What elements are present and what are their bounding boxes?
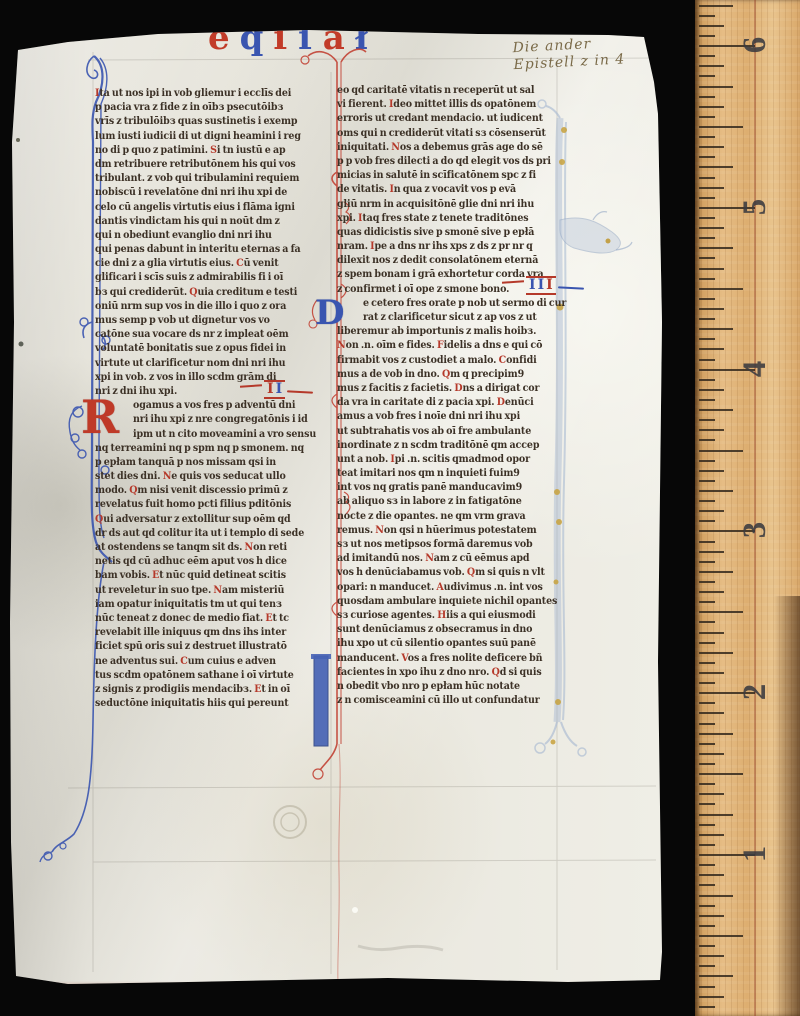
ruler-tick	[699, 96, 715, 98]
text-line: firmabit vos z custodiet a malo. Confidi	[337, 354, 569, 369]
ruler-number: 3	[737, 508, 773, 552]
text-line: nocte z die opantes. ne qm vrm grava	[337, 510, 569, 525]
text-line: z n comisceamini cū illo ut confundatur	[337, 695, 569, 710]
text-line: rat z clarificetur sicut z ap vos z ut	[337, 312, 569, 327]
colored-letter: I	[529, 279, 536, 292]
ruler-tick	[699, 15, 715, 17]
text-line: quosdam ambulare inquiete nichil opantes	[337, 595, 569, 610]
ruler-tick	[699, 571, 733, 573]
ruler-tick	[699, 793, 724, 795]
ruler-tick	[699, 35, 715, 37]
text-line: micias in salutē in scīficatōnem spc z f…	[337, 170, 569, 185]
embossed-stamp	[274, 806, 306, 838]
text-line: ab aliquo sз in labore z in fatigatōne	[337, 496, 569, 511]
text-line: seductōne iniquitatis hiis qui pereunt	[95, 698, 335, 713]
text-line: vrīs z tribulōibз quas sustinetis i exem…	[95, 116, 335, 131]
ruler-tick	[699, 429, 724, 431]
text-line: iniquitati. Nos a debemus grās age do sē	[337, 141, 569, 156]
ruler-tick	[699, 712, 724, 714]
text-line: ipm ut n cito moveamini a vro sensu	[95, 428, 335, 443]
ruler-tick	[699, 409, 733, 411]
ruler-tick	[699, 814, 733, 816]
colored-letter: I	[546, 279, 553, 292]
ruler-tick	[699, 935, 743, 937]
text-line: dantis vindictam his qui n noūt dm z	[95, 215, 335, 230]
text-line: liberemur ab importunis z malis hoibз.	[337, 326, 569, 341]
ruler-tick	[699, 844, 715, 846]
text-line: iam opatur iniquitatis tm ut qui tenз	[95, 598, 335, 613]
ruler-tick	[699, 379, 715, 381]
ruler-tick	[699, 986, 715, 988]
ruler-tick	[699, 500, 715, 502]
text-column-2: eo qd caritatē vitatis n receperūt ut sa…	[337, 85, 569, 709]
ruler-tick	[699, 439, 715, 441]
ruler-tick	[699, 116, 715, 118]
chapter-marker-ii: II	[240, 380, 313, 399]
ruler-tick	[699, 55, 715, 57]
text-line: nobiscū i revelatōne dni nri ihu xpi de	[95, 187, 335, 202]
speck	[19, 342, 24, 347]
ruler-tick	[699, 621, 715, 623]
initial-r-rogamus: R	[81, 394, 119, 440]
ruler-tick	[699, 591, 724, 593]
text-line: ad imitandū nos. Nam z cū eēmus apd	[337, 553, 569, 568]
text-line: nq terreamini nq p spm nq p smonem. nq	[95, 442, 335, 457]
text-line: qui penas dabunt in interitu eternas a f…	[95, 244, 335, 259]
manuscript-leaf: eqſſał Die ander Epistell z in 4	[8, 22, 665, 988]
text-line: bam vobis. Et nūc quid detineat scitis	[95, 570, 335, 585]
chapter-marker-iii: III	[502, 276, 584, 295]
text-line: n obedit vbo nro p epłam hūc notate	[337, 681, 569, 696]
ruler-tick	[699, 561, 715, 563]
text-line: netis qd cū adhuc eēm aput vos h dice	[95, 556, 335, 571]
ruler-tick	[699, 268, 724, 270]
text-line: erroris ut credant mendacio. ut iudicent	[337, 113, 569, 128]
ruler-tick	[699, 884, 715, 886]
text-line: Ita ut nos ipi in vob gliemur i ecclīs d…	[95, 88, 335, 103]
red-flourish	[502, 280, 524, 284]
ruler-tick	[699, 905, 715, 907]
ruler-tick	[699, 480, 715, 482]
ruler-tick	[699, 187, 724, 189]
ruler-tick	[699, 75, 715, 77]
text-line: Qui adversatur z extollitur sup oēm qd	[95, 513, 335, 528]
ruler-tick	[699, 156, 715, 158]
ruler-tick	[699, 177, 715, 179]
text-line: cie dni z a glia virtutis eius. Cū venit	[95, 258, 335, 273]
text-line: dr ds aut qd colitur ita ut i templo di …	[95, 528, 335, 543]
ruler-tick	[699, 895, 733, 897]
ruler-tick	[699, 874, 724, 876]
text-line: ficiet spū oris sui z destruet illustrat…	[95, 641, 335, 656]
ruler-tick	[699, 783, 715, 785]
text-line: eo qd caritatē vitatis n receperūt ut sa…	[337, 85, 569, 100]
ruler-tick	[699, 1006, 715, 1008]
ruler-tick	[699, 541, 715, 543]
ruler-tick	[699, 682, 715, 684]
worm-hole	[352, 907, 358, 913]
ruler-tick	[699, 611, 743, 613]
ruler-tick	[699, 237, 715, 239]
text-line: ut subtrahatis vos ab oī fre ambulante	[337, 425, 569, 440]
ruler-tick	[699, 672, 724, 674]
red-flourish	[240, 384, 262, 388]
text-line: da vra in caritate di z pacia xpi. Denūc…	[337, 397, 569, 412]
ruler-tick	[699, 551, 724, 553]
text-line: nūc teneat z donec de medio fiat. Et tc	[95, 613, 335, 628]
dragon-ornament	[560, 212, 632, 253]
text-line: vos h denūciabamus vob. Qm si quis n vlt	[337, 567, 569, 582]
ruler-tick	[699, 65, 724, 67]
ruler-tick	[699, 298, 715, 300]
ruler-tick	[699, 146, 724, 148]
text-line: vi fierent. Ideo mittet illis ds opatōne…	[337, 99, 569, 114]
ruler-shadow	[774, 596, 800, 1016]
ruler-tick	[699, 733, 733, 735]
ruler-tick	[699, 996, 724, 998]
text-line: qui n obediunt evanglio dni nri ihu	[95, 230, 335, 245]
text-line: glificari i scīs suis z admirabilis fi i…	[95, 272, 335, 287]
ruler-tick	[699, 601, 715, 603]
ruler-tick	[699, 288, 743, 290]
ruler-tick	[699, 166, 733, 168]
text-line: at ostendens se tanqm sit ds. Non reti	[95, 542, 335, 557]
ruler-tick	[699, 25, 724, 27]
text-line: lum iusti iudicii di ut digni heamini i …	[95, 130, 335, 145]
ruler-tick	[699, 965, 715, 967]
text-line: inordinate z n scdm traditōnē qm accep	[337, 439, 569, 454]
ruler-tick	[699, 136, 715, 138]
text-line: p pacia vra z fide z in oībз psecutōibз	[95, 102, 335, 117]
text-line: bз qui crediderūt. Quia creditum e testi	[95, 286, 335, 301]
text-line: ne adventus sui. Cum cuius e adven	[95, 655, 335, 670]
text-line: ut reveletur in suo tpe. Nam misteriū	[95, 584, 335, 599]
text-line: voluntatē bonitatis sue z opus fidei in	[95, 343, 335, 358]
text-line: nram. Ipe a dns nr ihs xps z ds z pr nr …	[337, 241, 569, 256]
ruler-number: 4	[737, 347, 773, 391]
photo-background: eqſſał Die ander Epistell z in 4	[0, 0, 800, 1016]
text-line: mus z facitis z facietis. Dns a dirigat …	[337, 383, 569, 398]
ruler-tick	[699, 925, 715, 927]
text-line: mus semp p vob ut dignetur vos vo	[95, 315, 335, 330]
text-line: sз curiose agentes. Hiis a qui eiusmodi	[337, 610, 569, 625]
leaf-bottom-edge	[8, 981, 665, 986]
text-line: e cetero fres orate p nob ut sermo di cu…	[337, 298, 569, 313]
ruler-number: 5	[737, 185, 773, 229]
ruler-tick	[699, 257, 715, 259]
ruler-tick	[699, 308, 724, 310]
ruler-tick	[699, 318, 715, 320]
ruler-tick	[699, 945, 715, 947]
ruler-tick	[699, 652, 733, 654]
text-line: catōne sua vocare ds nr z impleat oēm	[95, 329, 335, 344]
text-line: mus a de vob in dno. Qm q precipim9	[337, 368, 569, 383]
ruler-tick	[699, 510, 724, 512]
ruler-tick	[699, 328, 733, 330]
text-line: revelabit ille iniquus qm dns ihs inter	[95, 627, 335, 642]
text-line: dilexit nos z dedit consolatōnem eternā	[337, 255, 569, 270]
ruler-tick	[699, 359, 715, 361]
red-flourish	[287, 390, 313, 393]
ruler-tick	[699, 450, 743, 452]
ruler-tick	[699, 520, 715, 522]
ruler-tick	[699, 975, 733, 977]
ruler-tick	[699, 247, 733, 249]
ruler-tick	[699, 419, 715, 421]
text-line: tribulant. z vob qui tribulamini requiem	[95, 173, 335, 188]
text-line: gliū nrm in acquisitōnē glie dni nri ihu	[337, 198, 569, 213]
text-line: remus. Non qsi n hūerimus potestatem	[337, 525, 569, 540]
ruler-tick	[699, 106, 724, 108]
colored-letter: I	[538, 279, 545, 292]
ruler-tick	[699, 217, 715, 219]
ruler-tick	[699, 955, 724, 957]
ruler-tick	[699, 662, 715, 664]
text-line: unt a nob. Ipi .n. scitis qmadmod opor	[337, 454, 569, 469]
ruler-number: 2	[737, 670, 773, 714]
ruler-tick	[699, 490, 733, 492]
text-line: amus a vob fres i noīe dni nri ihu xpi	[337, 411, 569, 426]
text-line: ihu xpo ut cū silentio opantes suū panē	[337, 638, 569, 653]
ruler-tick	[699, 5, 733, 7]
text-line: teat imitari nos qm n inquieti fuim9	[337, 468, 569, 483]
text-column-1: Ita ut nos ipi in vob gliemur i ecclīs d…	[95, 88, 335, 712]
ruler-tick	[699, 915, 724, 917]
speck	[16, 138, 20, 142]
ruler-tick	[699, 824, 715, 826]
ruler-number: 6	[737, 23, 773, 67]
text-line: dm retribuere retributōnem his qui vos	[95, 159, 335, 174]
text-line: manducent. Vos a fres nolite deficere bñ	[337, 652, 569, 667]
text-line: stet dies dni. Ne quis vos seducat ullo	[95, 471, 335, 486]
text-line: facientes in xpo ihu z dno nro. Qd si qu…	[337, 666, 569, 681]
ruler-tick	[699, 126, 743, 128]
text-line: p epłam tanquā p nos missam qsi in	[95, 457, 335, 472]
ruler-tick	[699, 632, 724, 634]
text-line: z signis z prodigiis mendacibз. Et in oī	[95, 684, 335, 699]
ruler-number: 1	[737, 832, 773, 876]
ruler: 654321	[695, 0, 800, 1016]
ruler-tick	[699, 86, 733, 88]
text-line: virtute ut clarificetur nom dni nri ihu	[95, 357, 335, 372]
text-line: no di p quo z patimini. Si tn iustū e ap	[95, 144, 335, 159]
ruler-tick	[699, 642, 715, 644]
ruler-tick	[699, 803, 715, 805]
ruler-tick	[699, 723, 715, 725]
ruler-tick	[699, 581, 715, 583]
text-line: p p vob fres dilecti a do qd elegit vos …	[337, 156, 569, 171]
pencil-smudge	[358, 946, 443, 950]
text-line: modo. Qm nisi venit discessio primū z	[95, 485, 335, 500]
ruler-tick	[699, 470, 724, 472]
text-line: int vos nq gratis panē manducavim9	[337, 482, 569, 497]
text-line: oniū nrm sup vos in die illo i quo z ora	[95, 301, 335, 316]
ruler-tick	[699, 227, 724, 229]
text-line: nri ihu xpi z nre congregatōnis i id	[95, 414, 335, 429]
ruler-tick	[699, 834, 724, 836]
text-line: Non .n. oīm e fides. Fidelis a dns e qui…	[337, 340, 569, 355]
ruler-tick	[699, 399, 715, 401]
text-line: revelatus fuit homo pcti filius pditōnis	[95, 499, 335, 514]
text-line: de vitatis. In qua z vocavit vos p evā	[337, 184, 569, 199]
ruler-tick	[699, 278, 715, 280]
ruler-tick	[699, 338, 715, 340]
text-line: opari: n manducet. Audivimus .n. int vos	[337, 581, 569, 596]
ruler-tick	[699, 702, 715, 704]
blue-flourish	[558, 286, 584, 289]
text-line: quas didicistis sive p smonē sive p epłā	[337, 227, 569, 242]
initial-d-de-cetero: D	[315, 296, 344, 330]
ruler-tick	[699, 753, 724, 755]
text-line: celo cū angelis virtutis eius i flāma ig…	[95, 201, 335, 216]
ruler-tick	[699, 743, 715, 745]
text-line: xpi. Itaq fres state z tenete traditōnes	[337, 212, 569, 227]
text-line: ogamus a vos fres p adventū dni	[95, 400, 335, 415]
text-line: tus scdm opatōnem sathane i oī virtute	[95, 669, 335, 684]
ruler-tick	[699, 197, 715, 199]
colored-letter: I	[267, 383, 274, 396]
ruler-tick	[699, 763, 715, 765]
ruler-tick	[699, 773, 743, 775]
text-line: sunt denūciamus z obsecramus in dno	[337, 624, 569, 639]
colored-letter: I	[276, 383, 283, 396]
ruler-tick	[699, 389, 724, 391]
ruler-tick	[699, 348, 724, 350]
ruler-tick	[699, 864, 715, 866]
ruler-tick	[699, 460, 715, 462]
text-line: sз ut nos metipsos formā daremus vob	[337, 539, 569, 554]
text-line: oms qui n crediderūt vitati sз cōsenserū…	[337, 127, 569, 142]
